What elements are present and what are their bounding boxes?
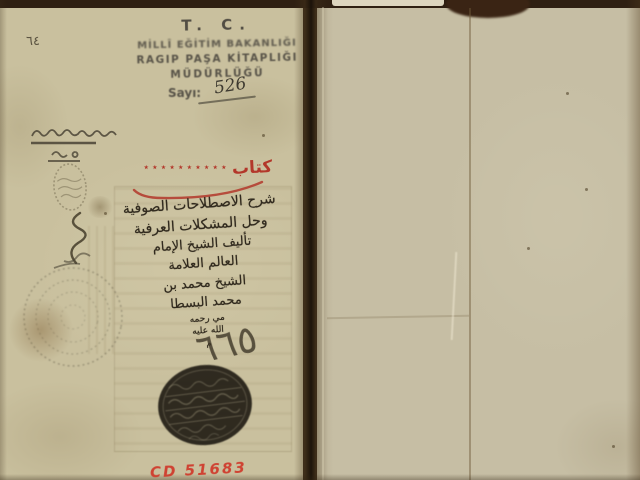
sayi-label: Sayı: (168, 86, 201, 100)
paper-speck (262, 134, 265, 137)
bottom-edge-shade (0, 474, 640, 480)
stamp-line-library: RAGIP PAŞA KİTAPLIĞI (122, 51, 312, 66)
ink-stain (8, 298, 74, 362)
manuscript-scan: ٦٤ T. C. MİLLÎ EĞİTİM BAKANLIĞI RAGIP PA… (0, 0, 640, 480)
stamp-line-tc: T. C. (121, 14, 311, 35)
library-stamp: T. C. MİLLÎ EĞİTİM BAKANLIĞI RAGIP PAŞA … (121, 14, 312, 81)
left-edge-shade (0, 0, 7, 480)
page-fold-line (469, 8, 471, 480)
small-stain (86, 196, 114, 218)
stamp-line-ministry: MİLLÎ EĞİTİM BAKANLIĞI (122, 37, 312, 51)
right-page (317, 7, 640, 480)
paper-edge-highlight (332, 0, 444, 6)
stamp-number-row: Sayı: 526 (168, 82, 201, 101)
paper-speck (566, 92, 569, 95)
gutter-highlight (322, 7, 324, 480)
paper-speck (585, 188, 588, 191)
folio-number-mark: ٦٤ (26, 34, 40, 49)
paper-speck (527, 247, 530, 250)
waqf-seal (150, 356, 260, 454)
right-edge-shade (626, 0, 640, 480)
paper-speck (612, 445, 615, 448)
